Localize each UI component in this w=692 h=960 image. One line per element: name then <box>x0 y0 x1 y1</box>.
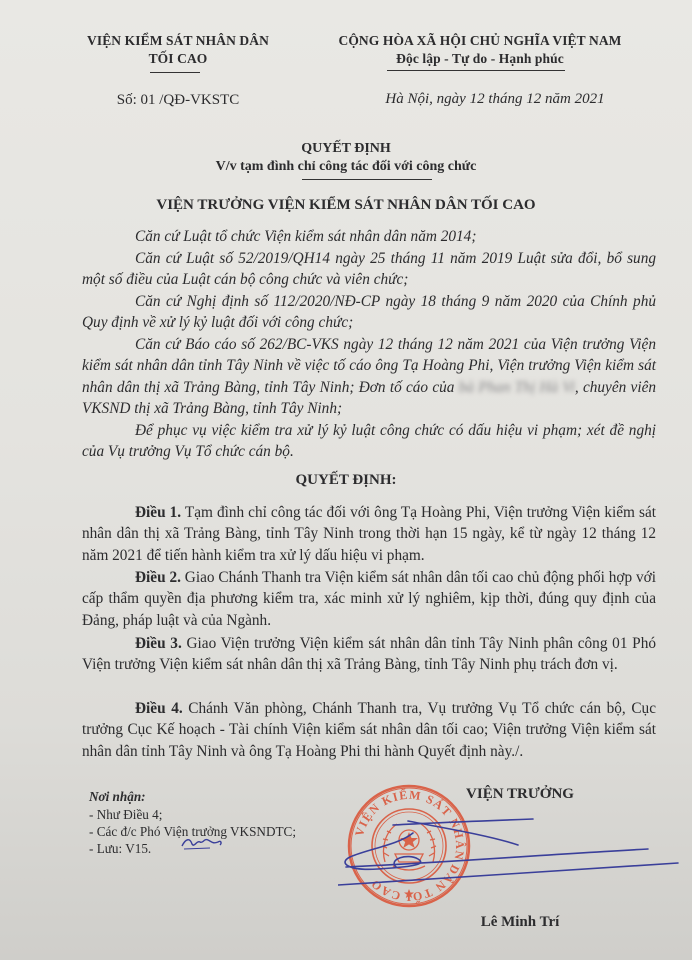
agency-underline <box>150 72 200 73</box>
agency-name-line1: VIỆN KIỂM SÁT NHÂN DÂN <box>78 33 278 49</box>
document-page: VIỆN KIỂM SÁT NHÂN DÂN TỐI CAO Số: 01 /Q… <box>0 0 692 960</box>
signatory-name: Lê Minh Trí <box>420 914 620 931</box>
country-name: CỘNG HÒA XÃ HỘI CHỦ NGHĨA VIỆT NAM <box>330 33 630 49</box>
article-2: Điều 2. Giao Chánh Thanh tra Viện kiểm s… <box>82 567 656 631</box>
article-2-label: Điều 2. <box>135 569 181 586</box>
handwritten-signature-icon <box>338 815 683 895</box>
document-title: QUYẾT ĐỊNH <box>0 141 692 157</box>
preamble-4: Căn cứ Báo cáo số 262/BC-VKS ngày 12 thá… <box>82 334 656 419</box>
article-4-label: Điều 4. <box>135 700 183 717</box>
preamble-2: Căn cứ Luật số 52/2019/QH14 ngày 25 thán… <box>82 248 656 291</box>
decision-heading: QUYẾT ĐỊNH: <box>0 472 692 489</box>
article-1: Điều 1. Tạm đình chỉ công tác đối với ôn… <box>82 502 656 566</box>
initials-signature-icon <box>180 834 226 852</box>
subject-underline <box>302 179 432 180</box>
recipient-item: - Như Điều 4; <box>89 806 162 823</box>
signatory-title: VIỆN TRƯỞNG <box>420 786 620 803</box>
article-1-label: Điều 1. <box>135 504 181 521</box>
national-motto: Độc lập - Tự do - Hạnh phúc <box>330 51 630 67</box>
redacted-name: bà Phan Thị Hà Vi <box>459 379 575 396</box>
document-number: Số: 01 /QĐ-VKSTC <box>78 92 278 109</box>
preamble-3: Căn cứ Nghị định số 112/2020/NĐ-CP ngày … <box>82 291 656 334</box>
recipients-heading: Nơi nhận: <box>89 788 146 805</box>
article-3: Điều 3. Giao Viện trưởng Viện kiểm sát n… <box>82 633 656 676</box>
article-3-label: Điều 3. <box>135 635 182 652</box>
document-subject: V/v tạm đình chỉ công tác đối với công c… <box>0 159 692 175</box>
place-and-date: Hà Nội, ngày 12 tháng 12 năm 2021 <box>360 91 630 108</box>
agency-name-line2: TỐI CAO <box>78 51 278 67</box>
motto-underline <box>387 70 565 71</box>
preamble-5: Để phục vụ việc kiểm tra xử lý kỷ luật c… <box>82 420 656 463</box>
article-4: Điều 4. Chánh Văn phòng, Chánh Thanh tra… <box>82 698 656 762</box>
preamble-1: Căn cứ Luật tổ chức Viện kiểm sát nhân d… <box>82 226 656 247</box>
issuer-heading: VIỆN TRƯỞNG VIỆN KIỂM SÁT NHÂN DÂN TỐI C… <box>0 197 692 214</box>
recipient-item: - Lưu: V15. <box>89 840 151 857</box>
